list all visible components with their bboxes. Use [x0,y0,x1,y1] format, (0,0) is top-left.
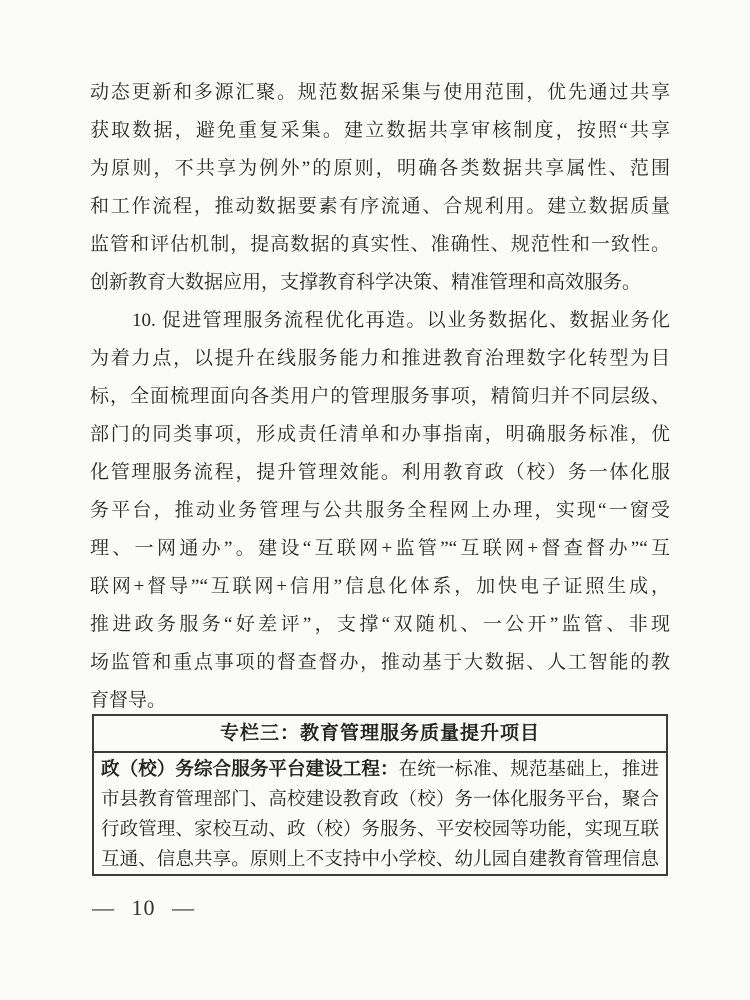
text-line: 联网+督导”“互联网+信用”信息化体系，加快电子证照生成， [90,568,670,606]
text-line: 推进政务服务“好差评”，支撑“双随机、一公开”监管、非现 [90,606,670,644]
text-line: 部门的同类事项，形成责任清单和办事指南，明确服务标准，优 [90,416,670,454]
text-line: 务平台，推动业务管理与公共服务全程网上办理，实现“一窗受 [90,492,670,530]
callout-box-column-3: 专栏三：教育管理服务质量提升项目 政（校）务综合服务平台建设工程：在统一标准、规… [92,714,668,876]
text-line: 为着力点，以提升在线服务能力和推进教育治理数字化转型为目 [90,340,670,378]
text-line: 10. 促进管理服务流程优化再造。以业务数据化、数据业务化 [90,302,670,340]
callout-body: 政（校）务综合服务平台建设工程：在统一标准、规范基础上，推进市县教育管理部门、高… [94,753,666,874]
document-text: 动态更新和多源汇聚。规范数据采集与使用范围，优先通过共享 获取数据，避免重复采集… [90,74,670,720]
text-line: 和工作流程，推动数据要素有序流通、合规利用。建立数据质量 [90,188,670,226]
text-line: 监管和评估机制，提高数据的真实性、准确性、规范性和一致性。 [90,226,670,264]
text-line: 创新教育大数据应用，支撑教育科学决策、精准管理和高效服务。 [90,264,670,302]
text-line: 场监管和重点事项的督查督办，推动基于大数据、人工智能的教 [90,644,670,682]
text-line: 动态更新和多源汇聚。规范数据采集与使用范围，优先通过共享 [90,74,670,112]
text-line: 为原则，不共享为例外”的原则，明确各类数据共享属性、范围 [90,150,670,188]
text-line: 获取数据，避免重复采集。建立数据共享审核制度，按照“共享 [90,112,670,150]
paragraph-item-10: 10. 促进管理服务流程优化再造。以业务数据化、数据业务化 为着力点，以提升在线… [90,302,670,720]
paragraph-data-governance: 动态更新和多源汇聚。规范数据采集与使用范围，优先通过共享 获取数据，避免重复采集… [90,74,670,302]
text-line: 理、一网通办”。建设“互联网+监管”“互联网+督查督办”“互 [90,530,670,568]
callout-lead: 政（校）务综合服务平台建设工程： [101,760,399,780]
document-page: 动态更新和多源汇聚。规范数据采集与使用范围，优先通过共享 获取数据，避免重复采集… [0,0,750,1000]
callout-title: 专栏三：教育管理服务质量提升项目 [94,716,666,753]
text-line: 标，全面梳理面向各类用户的管理服务事项，精简归并不同层级、 [90,378,670,416]
page-number: — 10 — [92,895,195,921]
text-line: 化管理服务流程，提升管理效能。利用教育政（校）务一体化服 [90,454,670,492]
